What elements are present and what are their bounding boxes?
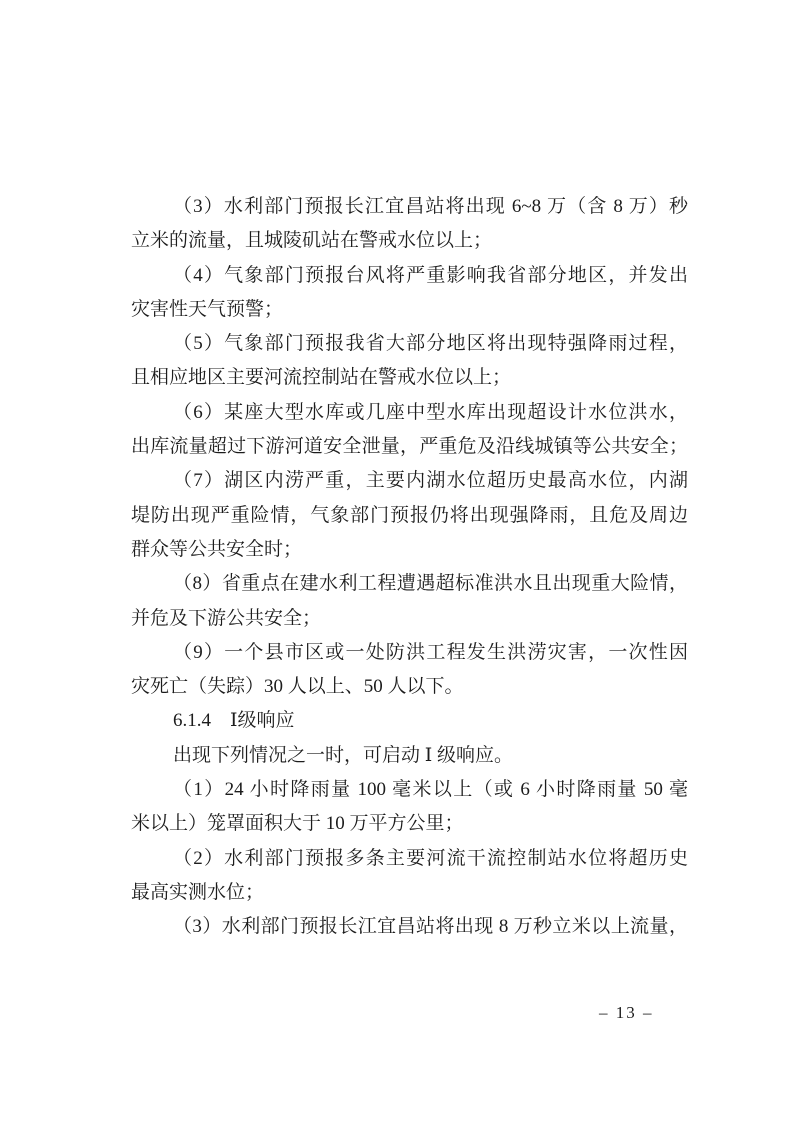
body-text-line: 堤防出现严重险情，气象部门预报仍将出现强降雨，且危及周边 bbox=[131, 499, 688, 533]
body-text-line: 且相应地区主要河流控制站在警戒水位以上； bbox=[131, 361, 688, 395]
body-text-line: （1）24 小时降雨量 100 毫米以上（或 6 小时降雨量 50 毫 bbox=[131, 773, 688, 807]
body-text-line: （8）省重点在建水利工程遭遇超标准洪水且出现重大险情， bbox=[131, 567, 688, 601]
body-text-line: （2）水利部门预报多条主要河流干流控制站水位将超历史 bbox=[131, 842, 688, 876]
body-text-line: （4）气象部门预报台风将严重影响我省部分地区，并发出 bbox=[131, 259, 688, 293]
section-heading: 6.1.4 Ⅰ级响应 bbox=[131, 704, 688, 738]
body-text-line: 出库流量超过下游河道安全泄量，严重危及沿线城镇等公共安全； bbox=[131, 430, 688, 464]
body-text-line: 出现下列情况之一时，可启动 Ⅰ 级响应。 bbox=[131, 739, 688, 773]
body-text-line: （5）气象部门预报我省大部分地区将出现特强降雨过程， bbox=[131, 327, 688, 361]
body-text-line: （7）湖区内涝严重，主要内湖水位超历史最高水位，内湖 bbox=[131, 464, 688, 498]
document-body: （3）水利部门预报长江宜昌站将出现 6~8 万（含 8 万）秒 立米的流量，且城… bbox=[131, 190, 688, 945]
body-text-line: 最高实测水位； bbox=[131, 876, 688, 910]
body-text-line: 群众等公共安全时； bbox=[131, 533, 688, 567]
body-text-line: 立米的流量，且城陵矶站在警戒水位以上； bbox=[131, 224, 688, 258]
body-text-line: （3）水利部门预报长江宜昌站将出现 8 万秒立米以上流量， bbox=[131, 910, 688, 944]
body-text-line: 米以上）笼罩面积大于 10 万平方公里； bbox=[131, 807, 688, 841]
body-text-line: （3）水利部门预报长江宜昌站将出现 6~8 万（含 8 万）秒 bbox=[131, 190, 688, 224]
body-text-line: 并危及下游公共安全； bbox=[131, 602, 688, 636]
page-number: – 13 – bbox=[599, 1002, 654, 1024]
body-text-line: 灾害性天气预警； bbox=[131, 293, 688, 327]
body-text-line: （9）一个县市区或一处防洪工程发生洪涝灾害，一次性因 bbox=[131, 636, 688, 670]
document-page: （3）水利部门预报长江宜昌站将出现 6~8 万（含 8 万）秒 立米的流量，且城… bbox=[0, 0, 793, 1122]
body-text-line: 灾死亡（失踪）30 人以上、50 人以下。 bbox=[131, 670, 688, 704]
body-text-line: （6）某座大型水库或几座中型水库出现超设计水位洪水， bbox=[131, 396, 688, 430]
